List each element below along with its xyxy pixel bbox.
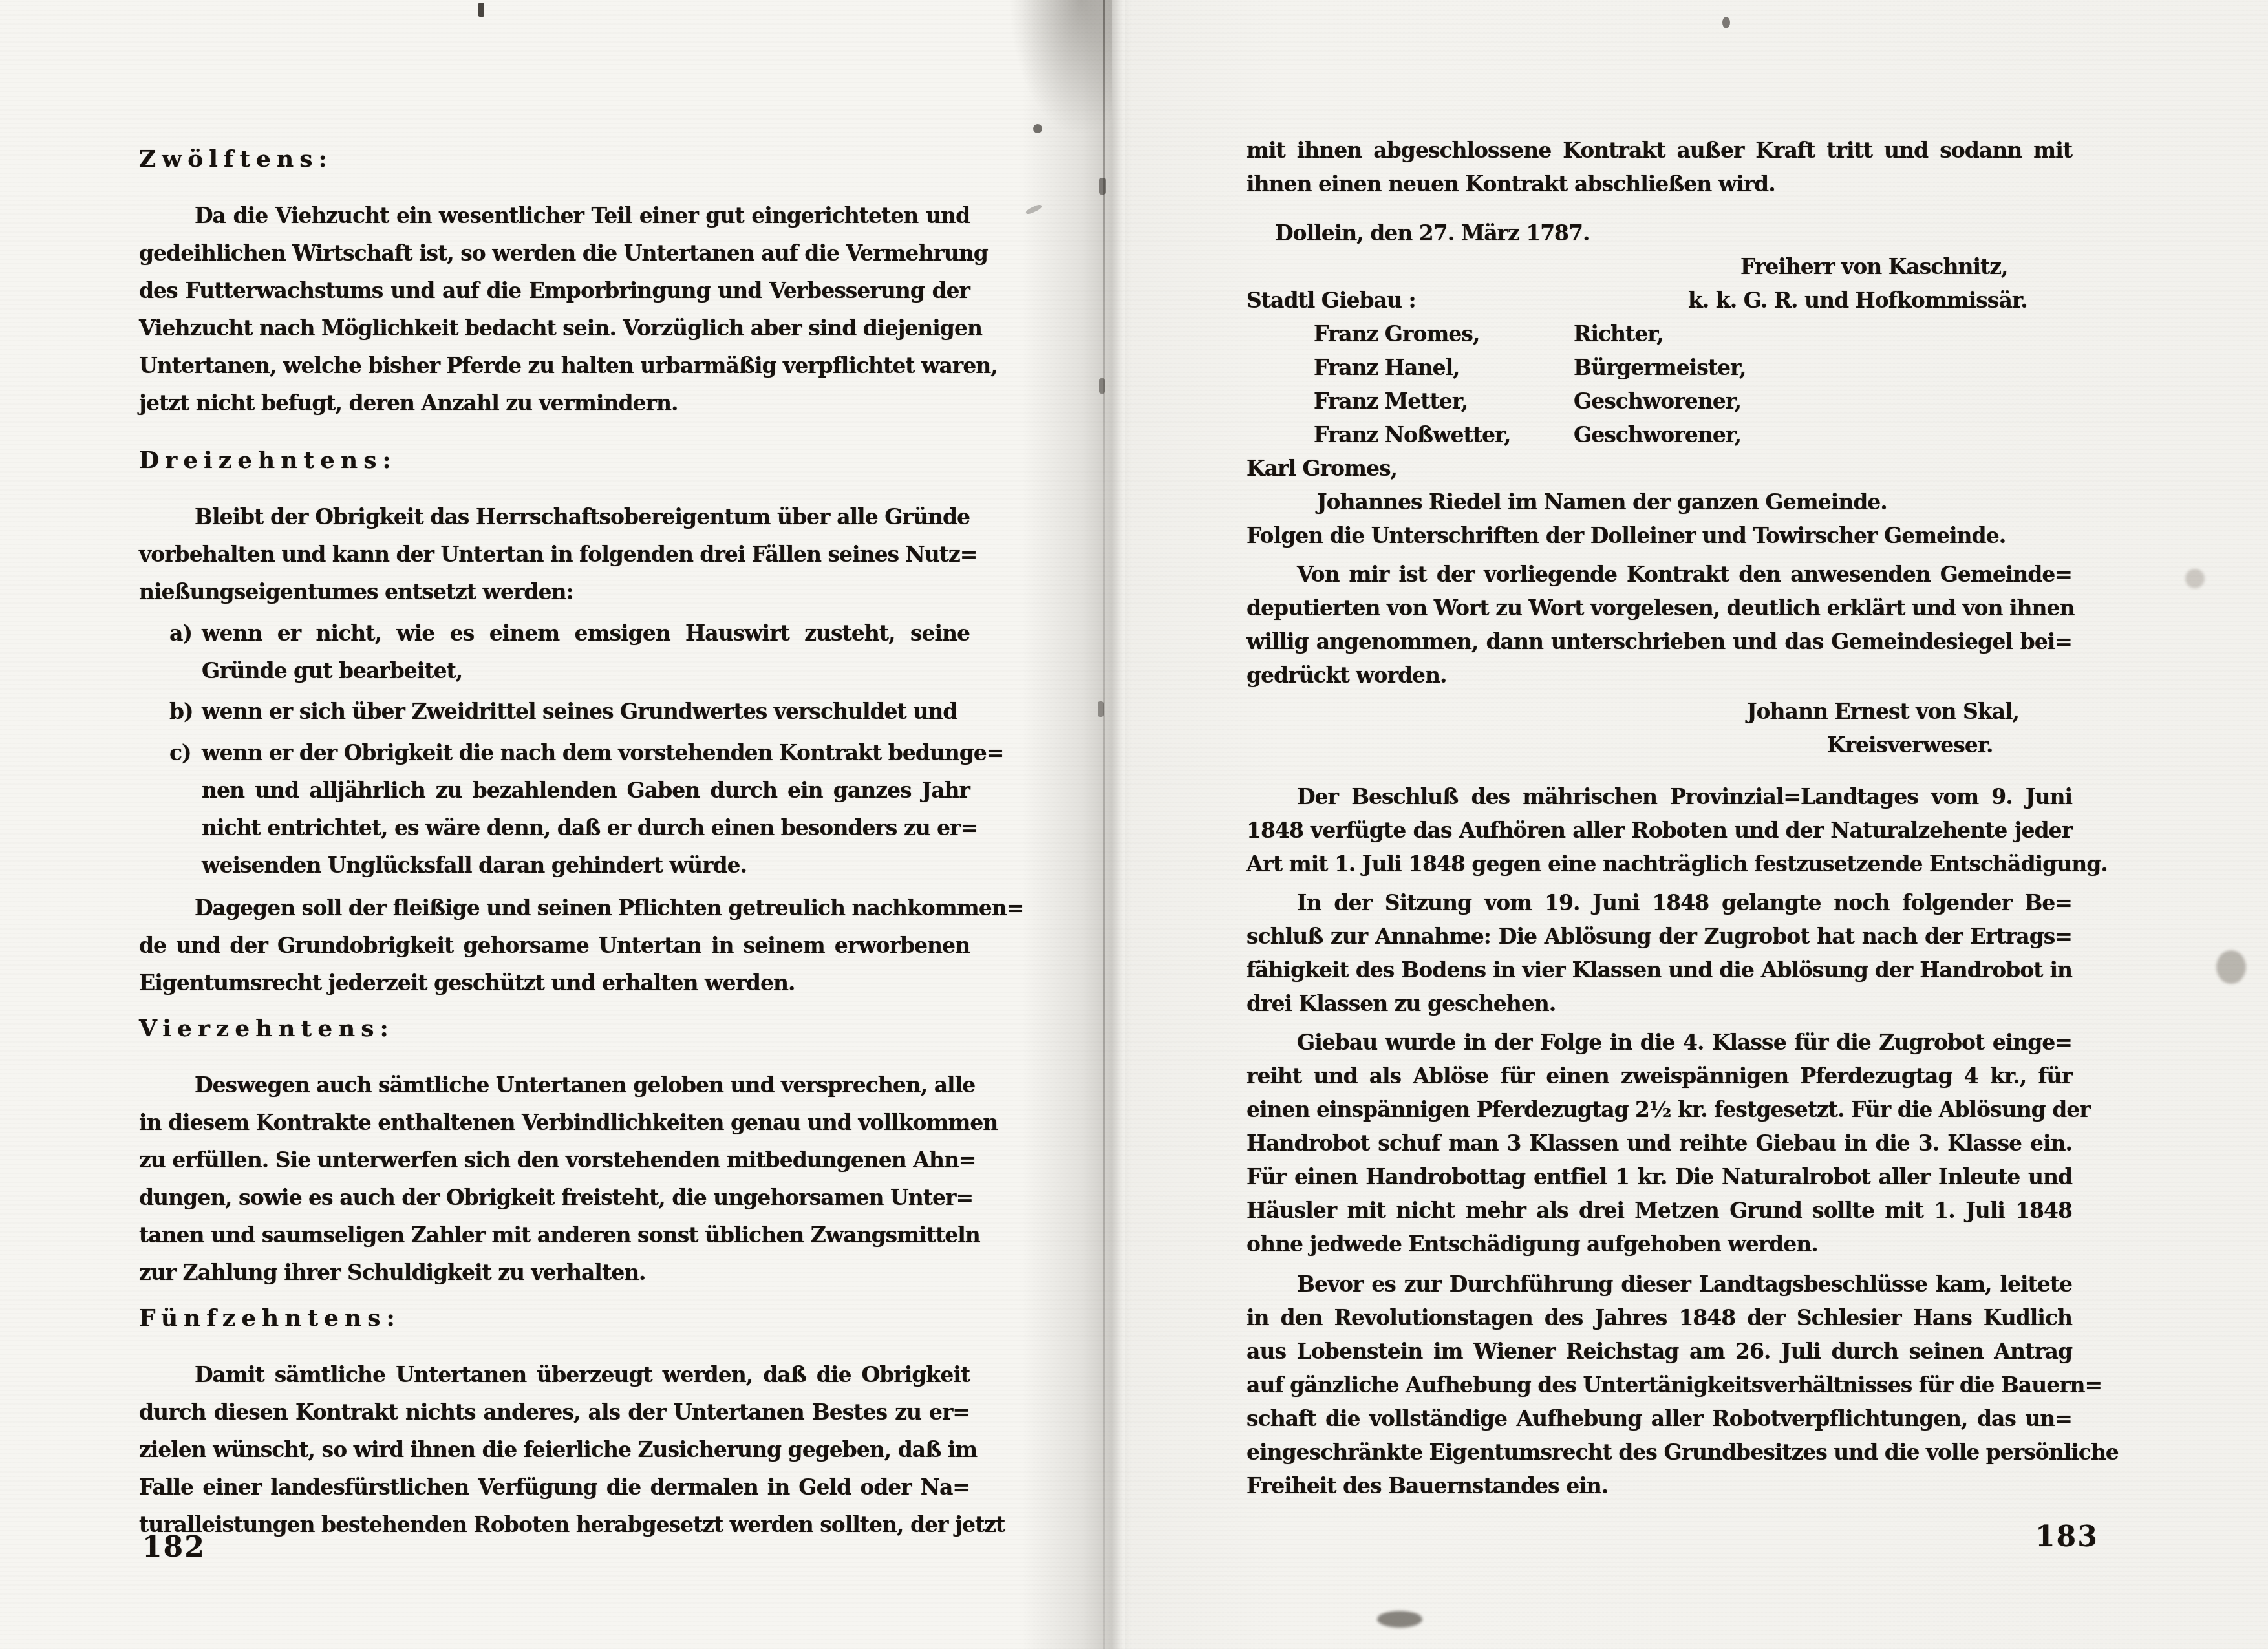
text-line: ohne jedwede Entschädigung aufgehoben we… [1246, 1228, 2072, 1261]
gutter-shadow [1022, 0, 1131, 1649]
section-heading-dreizehntens: Dreizehntens: [139, 442, 970, 479]
section-heading-fuenfzehntens: Fünfzehntens: [139, 1299, 970, 1337]
text-line: vorbehalten und kann der Untertan in fol… [139, 536, 970, 573]
text-line: Giebau wurde in der Folge in die 4. Klas… [1246, 1026, 2072, 1059]
paragraph: Giebau wurde in der Folge in die 4. Klas… [1246, 1026, 2072, 1261]
text-line: in den Revolutionstagen des Jahres 1848 … [1246, 1301, 2072, 1335]
binding-nub [1099, 178, 1106, 195]
text-line: Falle einer landesfürstlichen Verfügung … [139, 1469, 970, 1506]
text-line: Dagegen soll der fleißige und seinen Pfl… [139, 889, 970, 927]
paragraph: Bleibt der Obrigkeit das Herrschaftsober… [139, 498, 970, 611]
text-line: Da die Viehzucht ein wesentlicher Teil e… [139, 197, 970, 235]
text-line: des Futterwachstums und auf die Emporbri… [139, 272, 970, 310]
list-item-text: wenn er nicht, wie es einem emsigen Haus… [202, 615, 970, 690]
text-line: aus Lobenstein im Wiener Reichstag am 26… [1246, 1335, 2072, 1368]
text-line: eingeschränkte Eigentumsrecht des Grundb… [1246, 1436, 2072, 1469]
list-item-c: c) wenn er der Obrigkeit die nach dem vo… [139, 734, 970, 884]
binding-nub [1099, 378, 1105, 394]
signatory-name: Karl Gromes, [1246, 452, 1397, 485]
signature-row: Franz Gromes, Richter, [1246, 317, 2072, 351]
text-line: ihnen einen neuen Kontrakt abschließen w… [1246, 167, 2072, 201]
text-line: schaft die vollständige Aufhebung aller … [1246, 1402, 2072, 1436]
text-line: Untertanen, welche bisher Pferde zu halt… [139, 347, 970, 385]
binding-crease [1103, 0, 1105, 1649]
section-heading-vierzehntens: Vierzehntens: [139, 1010, 970, 1047]
signatory-role: Bürgermeister, [1574, 351, 1746, 385]
list-item-text: wenn er der Obrigkeit die nach dem vorst… [202, 734, 970, 884]
signatory-role: Geschworener, [1574, 385, 1741, 418]
text-line: turalleistungen bestehenden Roboten hera… [139, 1506, 970, 1544]
right-page: mit ihnen abgeschlossene Kontrakt außer … [1246, 134, 2072, 1503]
remark-line: Folgen die Unterschriften der Dolleiner … [1246, 519, 2072, 553]
paragraph: Bevor es zur Durchführung dieser Landtag… [1246, 1268, 2072, 1503]
signatory-name: Johann Ernest von Skal, [1747, 695, 2019, 729]
text-line: Für einen Handrobottag entfiel 1 kr. Die… [1246, 1160, 2072, 1194]
signatory-name: Franz Metter, [1314, 385, 1468, 418]
text-line: 1848 verfügte das Aufhören aller Roboten… [1246, 814, 2072, 847]
paragraph: Der Beschluß des mährischen Provinzial=L… [1246, 780, 2072, 881]
text-line: Bleibt der Obrigkeit das Herrschaftsober… [139, 498, 970, 536]
text-line: In der Sitzung vom 19. Juni 1848 gelangt… [1246, 886, 2072, 920]
text-line: Deswegen auch sämtliche Untertanen gelob… [139, 1067, 970, 1104]
text-line: weisenden Unglücksfall daran gehindert w… [202, 847, 970, 884]
text-line: tanen und saumseligen Zahler mit anderen… [139, 1217, 970, 1254]
signature-row: Franz Metter, Geschworener, [1246, 385, 2072, 418]
signatory-role: Richter, [1574, 317, 1664, 351]
signatory-role: Kreisverweser. [1827, 729, 1993, 762]
text-line: jetzt nicht befugt, deren Anzahl zu verm… [139, 385, 970, 422]
text-line: gedrückt worden. [1246, 659, 2072, 692]
text-line: drei Klassen zu geschehen. [1246, 987, 2072, 1021]
list-item-a: a) wenn er nicht, wie es einem emsigen H… [139, 615, 970, 690]
text-line: wenn er sich über Zweidrittel seines Gru… [202, 693, 970, 730]
text-line: zu erfüllen. Sie unterwerfen sich den vo… [139, 1142, 970, 1179]
text-line: in diesem Kontrakte enthaltenen Verbindl… [139, 1104, 970, 1142]
scan-speck [1033, 124, 1042, 133]
text-line: durch diesen Kontrakt nichts anderes, al… [139, 1394, 970, 1431]
text-line: nießungseigentumes entsetzt werden: [139, 573, 970, 611]
text-line: gedeihlichen Wirtschaft ist, so werden d… [139, 235, 970, 272]
signature-row: Franz Noßwetter, Geschworener, [1246, 418, 2072, 452]
paragraph: Damit sämtliche Untertanen überzeugt wer… [139, 1356, 970, 1544]
text-line: reiht und als Ablöse für einen zweispänn… [1246, 1059, 2072, 1093]
text-line: nicht entrichtet, es wäre denn, daß er d… [202, 809, 970, 847]
text-line: Von mir ist der vorliegende Kontrakt den… [1246, 558, 2072, 591]
list-item-b: b) wenn er sich über Zweidrittel seines … [139, 693, 970, 730]
scan-speck [478, 3, 484, 17]
text-line: einen einspännigen Pferdezugtag 2½ kr. f… [1246, 1093, 2072, 1127]
text-line: zur Zahlung ihrer Schuldigkeit zu verhal… [139, 1254, 970, 1292]
text-line: nen und alljährlich zu bezahlenden Gaben… [202, 772, 970, 809]
fold-shadow [1009, 0, 1112, 136]
signature-row: Karl Gromes, [1246, 452, 2072, 485]
dateline: Dollein, den 27. März 1787. [1246, 217, 2072, 250]
text-line: Art mit 1. Juli 1848 gegen eine nachträg… [1246, 847, 2072, 881]
binding-nub [1098, 701, 1104, 717]
text-line: mit ihnen abgeschlossene Kontrakt außer … [1246, 134, 2072, 167]
page-number-left: 182 [142, 1531, 206, 1564]
paragraph: Von mir ist der vorliegende Kontrakt den… [1246, 558, 2072, 692]
text-line: Handrobot schuf man 3 Klassen und reihte… [1246, 1127, 2072, 1160]
text-line: zielen wünscht, so wird ihnen die feierl… [139, 1431, 970, 1469]
scan-speck [1722, 17, 1730, 28]
section-heading-zwoelftens: Zwölftens: [139, 140, 970, 178]
text-line: Der Beschluß des mährischen Provinzial=L… [1246, 780, 2072, 814]
signature-row: Kreisverweser. [1246, 729, 2072, 762]
text-line: Häusler mit nicht mehr als drei Metzen G… [1246, 1194, 2072, 1228]
text-line: Eigentumsrecht jederzeit geschützt und e… [139, 964, 970, 1002]
list-marker: c) [169, 734, 191, 772]
list-marker: b) [169, 693, 193, 730]
text-line: auf gänzliche Aufhebung des Untertänigke… [1246, 1368, 2072, 1402]
text-line: willig angenommen, dann unterschrieben u… [1246, 625, 2072, 659]
list-item-text: wenn er sich über Zweidrittel seines Gru… [202, 693, 970, 730]
signatory-name: Franz Gromes, [1314, 317, 1479, 351]
text-line: de und der Grundobrigkeit gehorsame Unte… [139, 927, 970, 964]
paragraph: Dagegen soll der fleißige und seinen Pfl… [139, 889, 970, 1002]
signatory-name: Franz Hanel, [1314, 351, 1459, 385]
signature-row: Johannes Riedel im Namen der ganzen Geme… [1246, 485, 2072, 519]
signature-row: Freiherr von Kaschnitz, [1246, 250, 2072, 284]
left-page: Zwölftens: Da die Viehzucht ein wesentli… [139, 140, 970, 1544]
signature-row: Johann Ernest von Skal, [1246, 695, 2072, 729]
paragraph: Deswegen auch sämtliche Untertanen gelob… [139, 1067, 970, 1292]
text-line: deputierten von Wort zu Wort vorgelesen,… [1246, 591, 2072, 625]
signature-row: Stadtl Giebau : k. k. G. R. und Hofkommi… [1246, 284, 2072, 317]
text-line: schluß zur Annahme: Die Ablösung der Zug… [1246, 920, 2072, 953]
signatory-role: Geschworener, [1574, 418, 1741, 452]
text-line: fähigkeit des Bodens in vier Klassen und… [1246, 953, 2072, 987]
paragraph: In der Sitzung vom 19. Juni 1848 gelangt… [1246, 886, 2072, 1021]
signatory-role: k. k. G. R. und Hofkommissär. [1688, 284, 2027, 317]
paragraph: mit ihnen abgeschlossene Kontrakt außer … [1246, 134, 2072, 201]
text-line: Gründe gut bearbeitet, [202, 652, 970, 690]
signature-place: Stadtl Giebau : [1246, 284, 1416, 317]
text-line: dungen, sowie es auch der Obrigkeit frei… [139, 1179, 970, 1217]
page-number-right: 183 [2035, 1520, 2099, 1553]
text-line: wenn er nicht, wie es einem emsigen Haus… [202, 615, 970, 652]
signatory-name: Freiherr von Kaschnitz, [1740, 250, 2007, 284]
book-scan: Zwölftens: Da die Viehzucht ein wesentli… [0, 0, 2268, 1649]
paragraph: Da die Viehzucht ein wesentlicher Teil e… [139, 197, 970, 422]
text-line: Viehzucht nach Möglichkeit bedacht sein.… [139, 310, 970, 347]
text-line: Freiheit des Bauernstandes ein. [1246, 1469, 2072, 1503]
signature-row: Franz Hanel, Bürgermeister, [1246, 351, 2072, 385]
text-line: Bevor es zur Durchführung dieser Landtag… [1246, 1268, 2072, 1301]
signatory-name: Franz Noßwetter, [1314, 418, 1510, 452]
signatory-name: Johannes Riedel im Namen der ganzen Geme… [1317, 485, 1887, 519]
paper-stain [2185, 569, 2205, 588]
text-line: wenn er der Obrigkeit die nach dem vorst… [202, 734, 970, 772]
ink-smudge [1377, 1611, 1422, 1628]
paper-stain [2216, 950, 2246, 984]
text-line: Damit sämtliche Untertanen überzeugt wer… [139, 1356, 970, 1394]
list-marker: a) [169, 615, 192, 652]
